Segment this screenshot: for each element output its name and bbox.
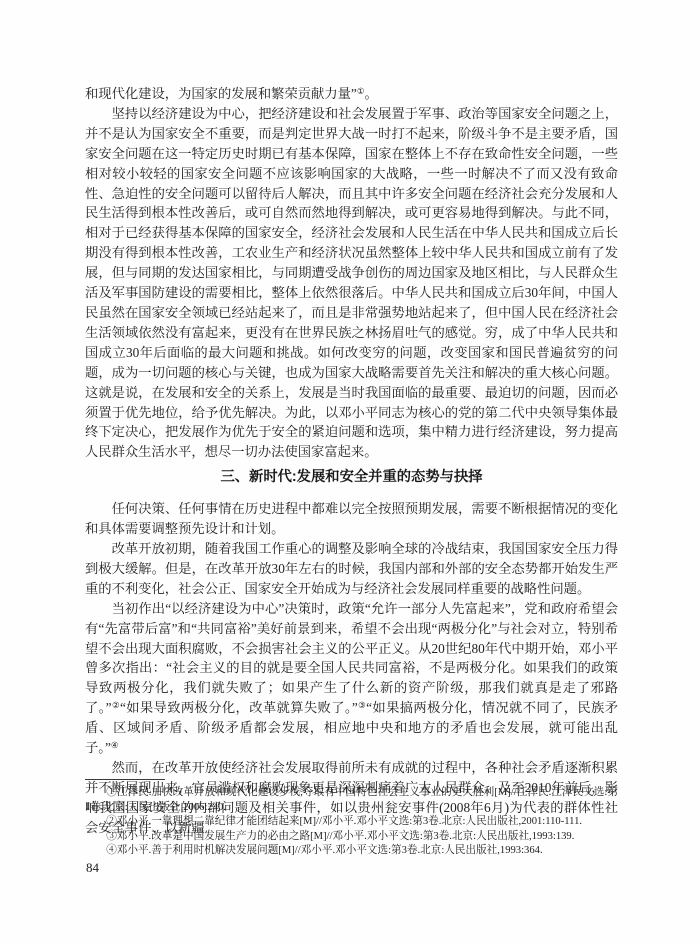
footnote-text-4: 邓小平.善于利用时机解决发展问题[M]//邓小平.邓小平文选:第3卷.北京:人民… — [117, 845, 543, 856]
footnote-ref-4: ④ — [111, 740, 119, 750]
footnote-marker-3: ③ — [106, 831, 117, 842]
footnote-ref-2: ② — [112, 700, 120, 710]
footnote-marker-2: ② — [106, 816, 117, 827]
footnote-marker-4: ④ — [106, 845, 117, 856]
body-paragraph-1: 坚持以经济建设为中心，把经济建设和社会发展置于军事、政治等国家安全问题之上，并不… — [85, 104, 618, 462]
continuation-period: 。 — [364, 86, 377, 101]
paragraph-continuation: 和现代化建设，为国家的发展和繁荣贡献力量”①。 — [85, 84, 618, 104]
paragraph-4-segment-2: “如果导致两极分化，改革就算失败了。” — [120, 700, 358, 715]
body-text-column: 和现代化建设，为国家的发展和繁荣贡献力量”①。 坚持以经济建设为中心，把经济建设… — [85, 84, 618, 838]
footnote-item-2: ②邓小平.一靠理想二靠纪律才能团结起来[M]//邓小平.邓小平文选:第3卷.北京… — [85, 815, 618, 830]
footnote-divider — [85, 779, 165, 780]
footnote-item-1: ①江泽民.加快改革开放和现代化建设步伐,夺取有中国特色社会主义事业的更大胜利[M… — [85, 786, 618, 815]
footnote-marker-1: ① — [106, 787, 117, 798]
footnotes-section: ①江泽民.加快改革开放和现代化建设步伐,夺取有中国特色社会主义事业的更大胜利[M… — [85, 779, 618, 859]
footnote-ref-3: ③ — [358, 700, 366, 710]
page-number: 84 — [86, 861, 99, 875]
footnote-text-1: 江泽民.加快改革开放和现代化建设步伐,夺取有中国特色社会主义事业的更大胜利[M]… — [85, 787, 618, 813]
section-heading: 三、新时代:发展和安全并重的态势与抉择 — [85, 467, 618, 488]
footnote-item-4: ④邓小平.善于利用时机解决发展问题[M]//邓小平.邓小平文选:第3卷.北京:人… — [85, 844, 618, 859]
continuation-text: 和现代化建设，为国家的发展和繁荣贡献力量” — [85, 86, 357, 101]
body-paragraph-2: 任何决策、任何事情在历史进程中都难以完全按照预期发展，需要不断根据情况的变化和具… — [85, 499, 618, 539]
footnote-item-3: ③邓小平.改革是中国发展生产力的必由之路[M]//邓小平.邓小平文选:第3卷.北… — [85, 830, 618, 845]
paragraph-4-segment-1: 当初作出“以经济建设为中心”决策时，政策“允许一部分人先富起来”，党和政府希望会… — [85, 601, 618, 716]
document-page: 和现代化建设，为国家的发展和繁荣贡献力量”①。 坚持以经济建设为中心，把经济建设… — [0, 0, 700, 943]
body-paragraph-3: 改革开放初期，随着我国工作重心的调整及影响全球的冷战结束，我国国家安全压力得到极… — [85, 539, 618, 599]
footnote-text-2: 邓小平.一靠理想二靠纪律才能团结起来[M]//邓小平.邓小平文选:第3卷.北京:… — [117, 816, 582, 827]
body-paragraph-4: 当初作出“以经济建设为中心”决策时，政策“允许一部分人先富起来”，党和政府希望会… — [85, 599, 618, 758]
footnote-text-3: 邓小平.改革是中国发展生产力的必由之路[M]//邓小平.邓小平文选:第3卷.北京… — [117, 831, 575, 842]
